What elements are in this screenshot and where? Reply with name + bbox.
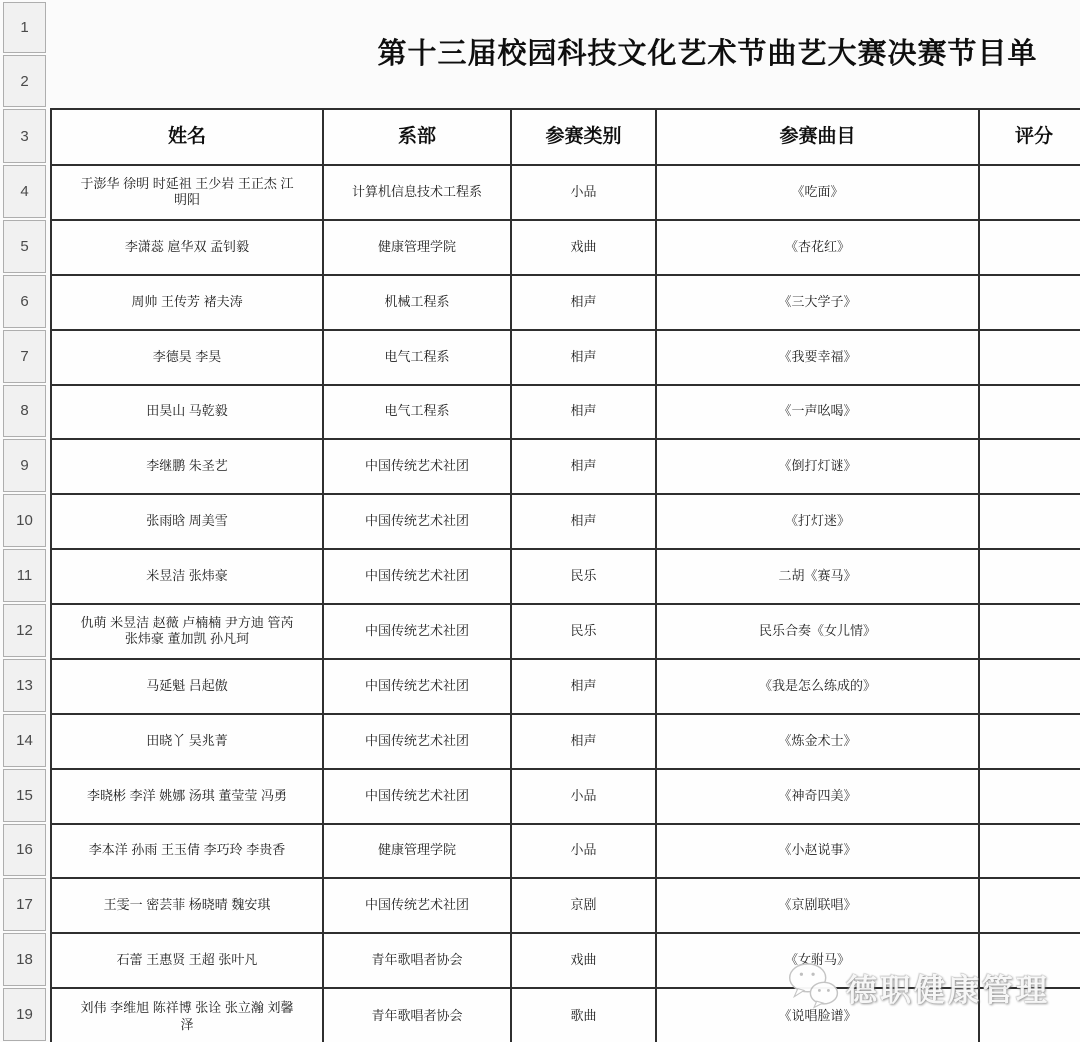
header-department[interactable]: 系部 (324, 110, 512, 164)
table-row: 王雯一 密芸菲 杨晓晴 魏安琪中国传统艺术社团京剧《京剧联唱》 (52, 879, 1080, 934)
program-cell[interactable]: 《打灯迷》 (657, 495, 980, 548)
department-cell[interactable]: 中国传统艺术社团 (324, 660, 512, 713)
score-cell[interactable] (980, 495, 1080, 548)
table-row: 仇萌 米昱洁 赵薇 卢楠楠 尹方迪 管芮 张炜豪 董加凯 孙凡珂中国传统艺术社团… (52, 605, 1080, 660)
program-cell[interactable]: 《京剧联唱》 (657, 879, 980, 932)
table-row: 李本洋 孙雨 王玉倩 李巧玲 李贵香健康管理学院小品《小赵说事》 (52, 825, 1080, 880)
row-number-cell[interactable]: 2 (3, 55, 46, 107)
category-cell[interactable]: 歌曲 (512, 989, 657, 1042)
score-cell[interactable] (980, 166, 1080, 219)
table-row: 石蕾 王惠贤 王超 张叶凡青年歌唱者协会戏曲《女驸马》 (52, 934, 1080, 989)
row-number-gutter: 12345678910111213141516171819 (3, 2, 46, 1041)
department-cell[interactable]: 计算机信息技术工程系 (324, 166, 512, 219)
header-category[interactable]: 参赛类别 (512, 110, 657, 164)
row-number-cell[interactable]: 6 (3, 275, 46, 328)
row-number-cell[interactable]: 8 (3, 385, 46, 438)
name-cell[interactable]: 田昊山 马乾毅 (52, 386, 324, 439)
category-cell[interactable]: 戏曲 (512, 221, 657, 274)
category-cell[interactable]: 相声 (512, 495, 657, 548)
name-cell[interactable]: 仇萌 米昱洁 赵薇 卢楠楠 尹方迪 管芮 张炜豪 董加凯 孙凡珂 (52, 605, 324, 658)
row-number-cell[interactable]: 13 (3, 659, 46, 712)
header-score[interactable]: 评分 (980, 110, 1080, 164)
name-cell[interactable]: 张雨晗 周美雪 (52, 495, 324, 548)
department-cell[interactable]: 中国传统艺术社团 (324, 770, 512, 823)
row-number-cell[interactable]: 17 (3, 878, 46, 931)
program-cell[interactable]: 《一声吆喝》 (657, 386, 980, 439)
spreadsheet-sheet: 12345678910111213141516171819 第十三届校园科技文化… (0, 0, 1080, 1042)
table-row: 李潇蕊 扈华双 孟钊毅健康管理学院戏曲《杏花红》 (52, 221, 1080, 276)
table-header-row: 姓名 系部 参赛类别 参赛曲目 评分 (52, 110, 1080, 166)
score-cell[interactable] (980, 550, 1080, 603)
program-cell[interactable]: 《神奇四美》 (657, 770, 980, 823)
table-row: 刘伟 李维旭 陈祥博 张诠 张立瀚 刘馨泽青年歌唱者协会歌曲《说唱脸谱》 (52, 989, 1080, 1042)
program-cell[interactable]: 《倒打灯谜》 (657, 440, 980, 493)
row-number-cell[interactable]: 18 (3, 933, 46, 986)
program-cell[interactable]: 《三大学子》 (657, 276, 980, 329)
department-cell[interactable]: 中国传统艺术社团 (324, 440, 512, 493)
category-cell[interactable]: 相声 (512, 386, 657, 439)
program-cell[interactable]: 《女驸马》 (657, 934, 980, 987)
row-number-cell[interactable]: 1 (3, 2, 46, 53)
score-cell[interactable] (980, 989, 1080, 1042)
department-cell[interactable]: 青年歌唱者协会 (324, 934, 512, 987)
department-cell[interactable]: 青年歌唱者协会 (324, 989, 512, 1042)
table-row: 于澎华 徐明 时延祖 王少岩 王正杰 江明阳计算机信息技术工程系小品《吃面》 (52, 166, 1080, 221)
program-cell[interactable]: 《我要幸福》 (657, 331, 980, 384)
row-number-cell[interactable]: 14 (3, 714, 46, 767)
category-cell[interactable]: 相声 (512, 660, 657, 713)
table-row: 米昱洁 张炜豪中国传统艺术社团民乐二胡《赛马》 (52, 550, 1080, 605)
department-cell[interactable]: 电气工程系 (324, 331, 512, 384)
name-cell[interactable]: 刘伟 李维旭 陈祥博 张诠 张立瀚 刘馨泽 (52, 989, 324, 1042)
table-row: 李德昊 李昊电气工程系相声《我要幸福》 (52, 331, 1080, 386)
name-cell[interactable]: 李德昊 李昊 (52, 331, 324, 384)
row-number-cell[interactable]: 9 (3, 439, 46, 492)
program-table: 姓名 系部 参赛类别 参赛曲目 评分 于澎华 徐明 时延祖 王少岩 王正杰 江明… (50, 108, 1080, 1042)
category-cell[interactable]: 小品 (512, 166, 657, 219)
table-body: 于澎华 徐明 时延祖 王少岩 王正杰 江明阳计算机信息技术工程系小品《吃面》李潇… (52, 166, 1080, 1042)
score-cell[interactable] (980, 386, 1080, 439)
category-cell[interactable]: 小品 (512, 770, 657, 823)
category-cell[interactable]: 民乐 (512, 605, 657, 658)
program-cell[interactable]: 《杏花红》 (657, 221, 980, 274)
department-cell[interactable]: 中国传统艺术社团 (324, 550, 512, 603)
row-number-cell[interactable]: 12 (3, 604, 46, 657)
category-cell[interactable]: 相声 (512, 440, 657, 493)
program-cell[interactable]: 《说唱脸谱》 (657, 989, 980, 1042)
row-number-cell[interactable]: 7 (3, 330, 46, 383)
score-cell[interactable] (980, 879, 1080, 932)
row-number-cell[interactable]: 4 (3, 165, 46, 218)
table-row: 马延魁 吕起傲中国传统艺术社团相声《我是怎么练成的》 (52, 660, 1080, 715)
program-cell[interactable]: 《小赵说事》 (657, 825, 980, 878)
name-cell[interactable]: 米昱洁 张炜豪 (52, 550, 324, 603)
category-cell[interactable]: 相声 (512, 715, 657, 768)
program-cell[interactable]: 《我是怎么练成的》 (657, 660, 980, 713)
name-cell[interactable]: 周帅 王传芳 褚夫涛 (52, 276, 324, 329)
table-row: 周帅 王传芳 褚夫涛机械工程系相声《三大学子》 (52, 276, 1080, 331)
category-cell[interactable]: 京剧 (512, 879, 657, 932)
score-cell[interactable] (980, 825, 1080, 878)
table-row: 李继鹏 朱圣艺中国传统艺术社团相声《倒打灯谜》 (52, 440, 1080, 495)
row-number-cell[interactable]: 10 (3, 494, 46, 547)
name-cell[interactable]: 李晓彬 李洋 姚娜 汤琪 董莹莹 冯勇 (52, 770, 324, 823)
category-cell[interactable]: 相声 (512, 276, 657, 329)
row-number-cell[interactable]: 19 (3, 988, 46, 1041)
category-cell[interactable]: 相声 (512, 331, 657, 384)
table-row: 李晓彬 李洋 姚娜 汤琪 董莹莹 冯勇中国传统艺术社团小品《神奇四美》 (52, 770, 1080, 825)
program-cell[interactable]: 《炼金术士》 (657, 715, 980, 768)
category-cell[interactable]: 戏曲 (512, 934, 657, 987)
score-cell[interactable] (980, 934, 1080, 987)
category-cell[interactable]: 民乐 (512, 550, 657, 603)
table-row: 田晓丫 吴兆菁中国传统艺术社团相声《炼金术士》 (52, 715, 1080, 770)
score-cell[interactable] (980, 660, 1080, 713)
category-cell[interactable]: 小品 (512, 825, 657, 878)
score-cell[interactable] (980, 715, 1080, 768)
table-row: 田昊山 马乾毅电气工程系相声《一声吆喝》 (52, 386, 1080, 441)
score-cell[interactable] (980, 440, 1080, 493)
page-title: 第十三届校园科技文化艺术节曲艺大赛决赛节目单 (50, 24, 1080, 84)
department-cell[interactable]: 健康管理学院 (324, 825, 512, 878)
table-row: 张雨晗 周美雪中国传统艺术社团相声《打灯迷》 (52, 495, 1080, 550)
name-cell[interactable]: 李潇蕊 扈华双 孟钊毅 (52, 221, 324, 274)
row-number-cell[interactable]: 16 (3, 824, 46, 877)
department-cell[interactable]: 电气工程系 (324, 386, 512, 439)
row-number-cell[interactable]: 15 (3, 769, 46, 822)
name-cell[interactable]: 田晓丫 吴兆菁 (52, 715, 324, 768)
program-cell[interactable]: 《吃面》 (657, 166, 980, 219)
name-cell[interactable]: 马延魁 吕起傲 (52, 660, 324, 713)
program-cell[interactable]: 民乐合奏《女儿情》 (657, 605, 980, 658)
row-number-cell[interactable]: 11 (3, 549, 46, 602)
department-cell[interactable]: 中国传统艺术社团 (324, 879, 512, 932)
score-cell[interactable] (980, 331, 1080, 384)
header-names[interactable]: 姓名 (52, 110, 324, 164)
name-cell[interactable]: 王雯一 密芸菲 杨晓晴 魏安琪 (52, 879, 324, 932)
name-cell[interactable]: 李本洋 孙雨 王玉倩 李巧玲 李贵香 (52, 825, 324, 878)
name-cell[interactable]: 于澎华 徐明 时延祖 王少岩 王正杰 江明阳 (52, 166, 324, 219)
score-cell[interactable] (980, 221, 1080, 274)
department-cell[interactable]: 机械工程系 (324, 276, 512, 329)
header-program[interactable]: 参赛曲目 (657, 110, 980, 164)
program-cell[interactable]: 二胡《赛马》 (657, 550, 980, 603)
name-cell[interactable]: 李继鹏 朱圣艺 (52, 440, 324, 493)
name-cell[interactable]: 石蕾 王惠贤 王超 张叶凡 (52, 934, 324, 987)
department-cell[interactable]: 中国传统艺术社团 (324, 495, 512, 548)
row-number-cell[interactable]: 5 (3, 220, 46, 273)
score-cell[interactable] (980, 605, 1080, 658)
department-cell[interactable]: 健康管理学院 (324, 221, 512, 274)
score-cell[interactable] (980, 276, 1080, 329)
score-cell[interactable] (980, 770, 1080, 823)
department-cell[interactable]: 中国传统艺术社团 (324, 715, 512, 768)
row-number-cell[interactable]: 3 (3, 109, 46, 163)
department-cell[interactable]: 中国传统艺术社团 (324, 605, 512, 658)
